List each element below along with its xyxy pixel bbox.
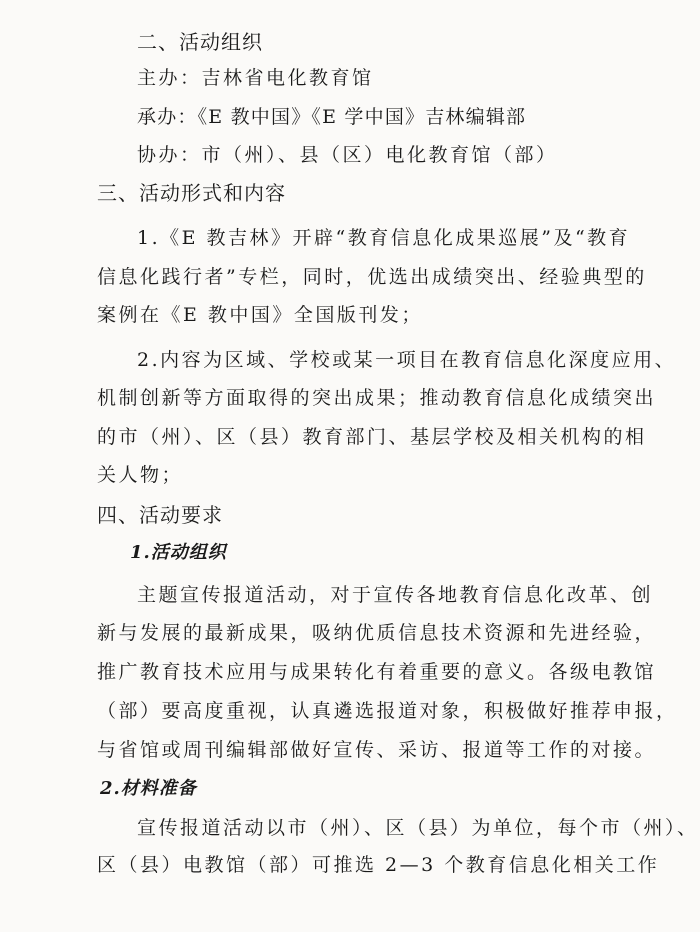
paragraph-line: （部）要高度重视，认真遴选报道对象，积极做好推荐申报， bbox=[97, 699, 678, 723]
paragraph-line: 关人物； bbox=[97, 463, 183, 487]
paragraph-line: 与省馆或周刊编辑部做好宣传、采访、报道等工作的对接。 bbox=[97, 738, 656, 762]
subsection-heading-materials: 2.材料准备 bbox=[100, 777, 197, 801]
host-line: 主办：吉林省电化教育馆 bbox=[137, 66, 374, 90]
paragraph-line: 宣传报道活动以市（州）、区（县）为单位，每个市（州）、 bbox=[137, 816, 699, 840]
paragraph-line: 1.《E 教吉林》开辟“教育信息化成果巡展”及“教育 bbox=[137, 226, 630, 250]
co-organizer-line: 协办：市（州）、县（区）电化教育馆（部） bbox=[137, 143, 558, 167]
paragraph-line: 区（县）电教馆（部）可推选 2—3 个教育信息化相关工作 bbox=[97, 853, 659, 877]
paragraph-line: 主题宣传报道活动，对于宣传各地教育信息化改革、创 bbox=[137, 583, 653, 607]
subsection-heading-organization: 1.活动组织 bbox=[130, 541, 227, 565]
paragraph-line: 推广教育技术应用与成果转化有着重要的意义。各级电教馆 bbox=[97, 660, 656, 684]
organizer-line: 承办：《E 教中国》《E 学中国》吉林编辑部 bbox=[137, 105, 526, 129]
paragraph-line: 新与发展的最新成果，吸纳优质信息技术资源和先进经验， bbox=[97, 621, 656, 645]
section-heading-format-content: 三、活动形式和内容 bbox=[97, 181, 286, 205]
paragraph-line: 机制创新等方面取得的突出成果；推动教育信息化成绩突出 bbox=[97, 386, 656, 410]
document-page: 二、活动组织 主办：吉林省电化教育馆 承办：《E 教中国》《E 学中国》吉林编辑… bbox=[0, 0, 700, 932]
paragraph-line: 2.内容为区域、学校或某一项目在教育信息化深度应用、 bbox=[137, 348, 676, 372]
paragraph-line: 信息化践行者”专栏，同时，优选出成绩突出、经验典型的 bbox=[97, 265, 647, 289]
paragraph-line: 的市（州）、区（县）教育部门、基层学校及相关机构的相 bbox=[97, 425, 647, 449]
section-heading-organization: 二、活动组织 bbox=[137, 30, 263, 54]
section-heading-requirements: 四、活动要求 bbox=[97, 503, 223, 527]
paragraph-line: 案例在《E 教中国》全国版刊发； bbox=[97, 303, 423, 327]
